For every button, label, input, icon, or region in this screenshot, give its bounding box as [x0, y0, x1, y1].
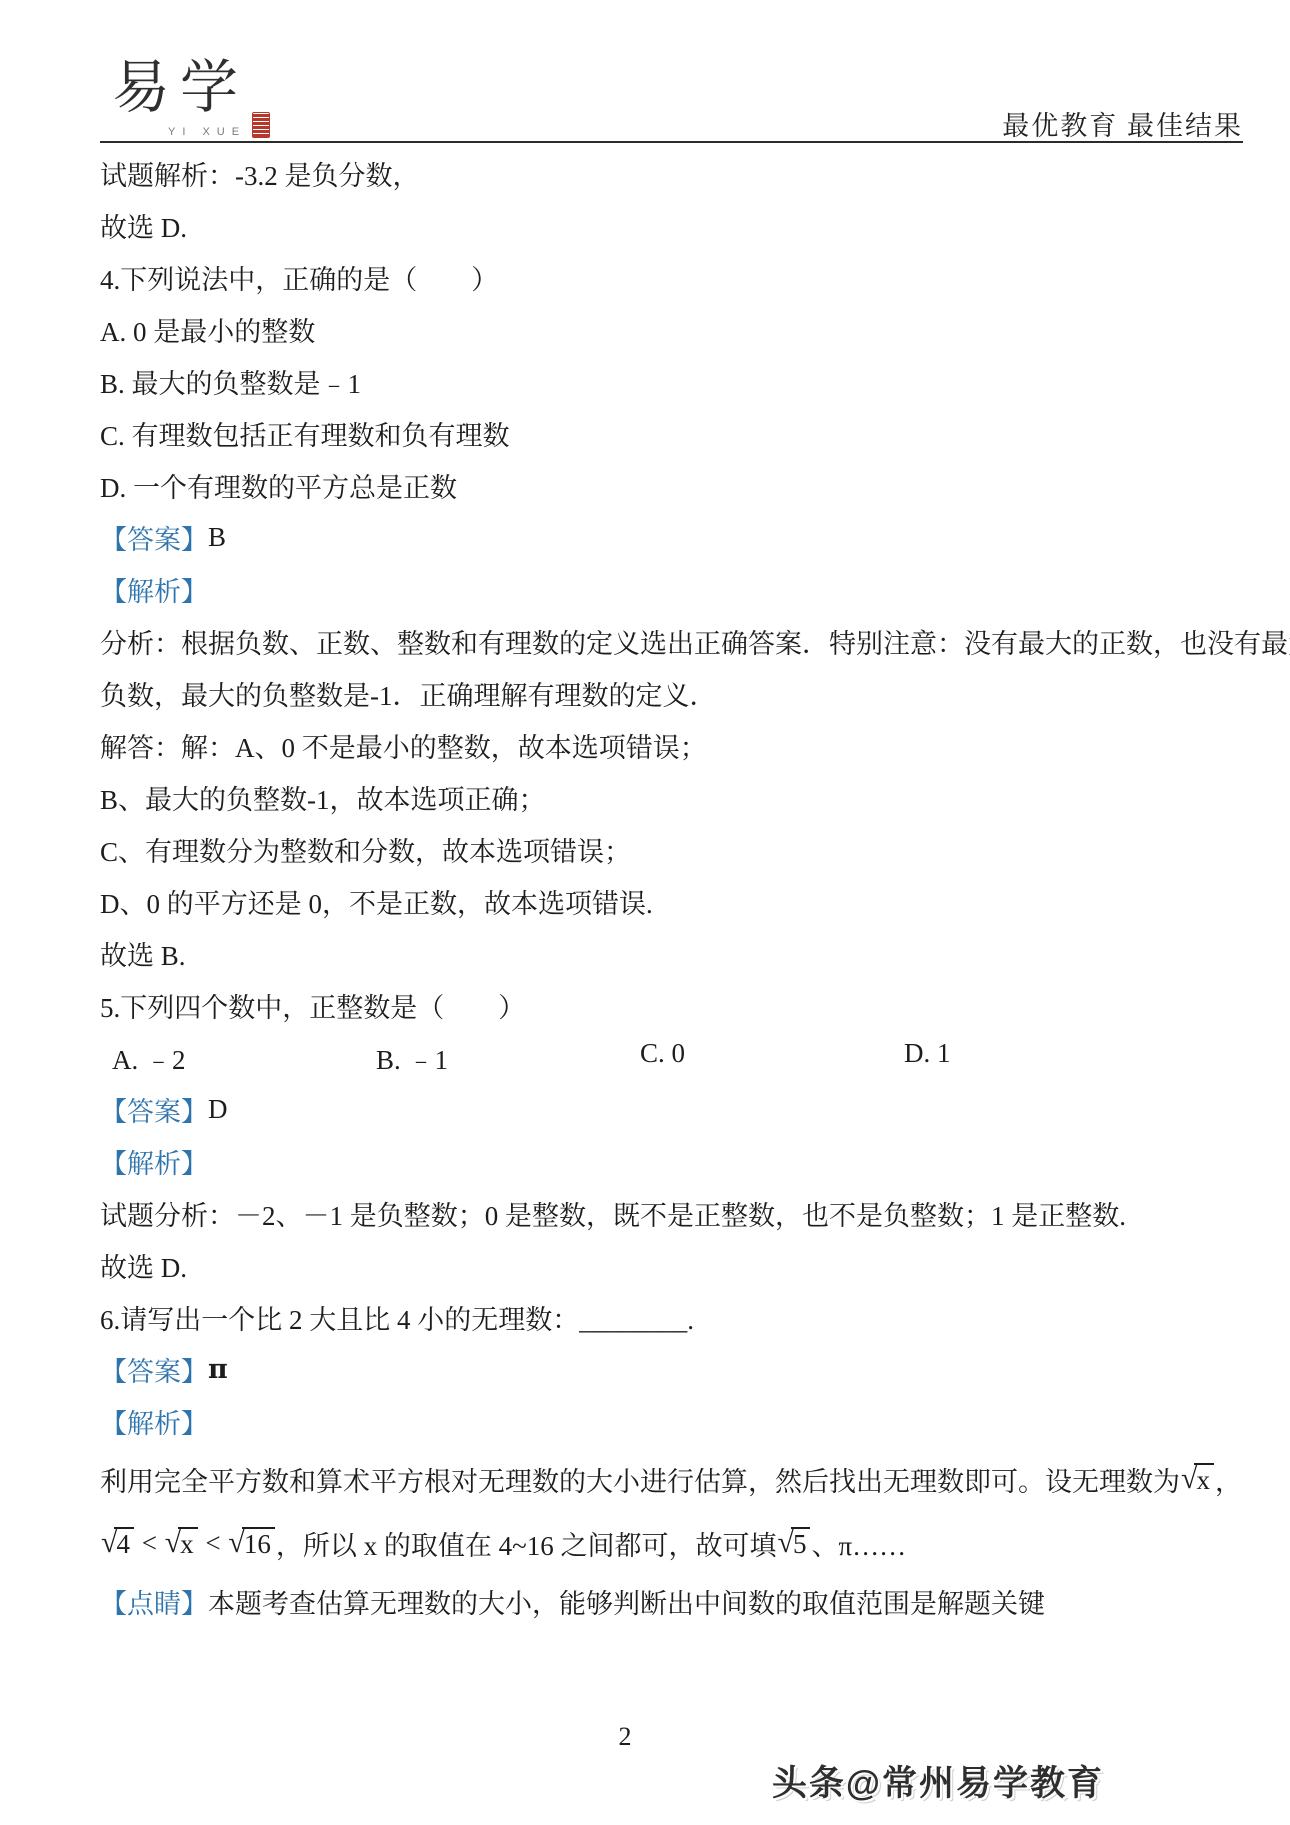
- radicand: 4: [114, 1527, 134, 1560]
- q4-solve-a: 解答：解：A、0 不是最小的整数，故本选项错误；: [100, 719, 1200, 771]
- q5-analysis-text: 试题分析：－2、－1 是负整数；0 是整数，既不是正整数，也不是负整数；1 是正…: [100, 1187, 1200, 1239]
- q5-answer-line: 【答案】 D: [100, 1083, 1200, 1135]
- answer-label: 【答案】: [100, 1350, 208, 1389]
- q5-option-a: A. ﹣2: [112, 1038, 376, 1077]
- key-point-text: 本题考查估算无理数的大小，能够判断出中间数的取值范围是解题关键: [208, 1582, 1045, 1621]
- math-prefix-text: 利用完全平方数和算术平方根对无理数的大小进行估算，然后找出无理数即可。设无理数为: [100, 1460, 1180, 1499]
- sqrt-5-radical: √5: [777, 1527, 810, 1560]
- less-than-text: <: [199, 1528, 228, 1559]
- q5-options-grid: A. ﹣2 B. ﹣1 C. 0 D. 1: [100, 1038, 1200, 1077]
- header-divider: [100, 141, 1243, 143]
- document-body: 试题解析：-3.2 是负分数， 故选 D. 4.下列说法中，正确的是（ ） A.…: [100, 147, 1200, 1627]
- less-than-text: <: [135, 1528, 164, 1559]
- math-suffix-text: ，: [1215, 1460, 1242, 1499]
- q6-answer-line: 【答案】 π: [100, 1343, 1200, 1395]
- q4-solve-b: B、最大的负整数-1，故本选项正确；: [100, 771, 1200, 823]
- q6-analysis-text-2: √4 < √x < √16 ，所以 x 的取值在 4~16 之间都可，故可填 √…: [100, 1511, 1200, 1575]
- q4-option-b: B. 最大的负整数是﹣1: [100, 355, 1200, 407]
- q4-option-a: A. 0 是最小的整数: [100, 303, 1200, 355]
- key-point-label: 【点睛】: [100, 1582, 208, 1621]
- q5-option-c: C. 0: [640, 1038, 904, 1077]
- q4-analysis-text-2: 负数，最大的负整数是-1．正确理解有理数的定义．: [100, 667, 1200, 719]
- q4-solve-c: C、有理数分为整数和分数，故本选项错误；: [100, 823, 1200, 875]
- analysis-label: 【解析】: [100, 1142, 208, 1181]
- header-slogan: 最优教育 最佳结果: [1002, 104, 1243, 143]
- answer-label: 【答案】: [100, 1090, 208, 1129]
- radicand: 16: [242, 1527, 275, 1560]
- sqrt-x-radical: √x: [1181, 1463, 1214, 1496]
- q4-solve-d: D、0 的平方还是 0，不是正数，故本选项错误.: [100, 875, 1200, 927]
- logo-pinyin: YI XUE: [168, 126, 246, 138]
- answer-label: 【答案】: [100, 518, 208, 557]
- math-tail-text: 、π……: [811, 1524, 906, 1563]
- question-4-title: 4.下列说法中，正确的是（ ）: [100, 251, 1200, 303]
- q4-final-choice: 故选 B.: [100, 927, 1200, 979]
- document-page: 易学 YI XUE 最优教育 最佳结果 试题解析：-3.2 是负分数， 故选 D…: [0, 0, 1290, 1825]
- sqrt-4-radical: √4: [101, 1527, 134, 1560]
- radicand: x: [178, 1527, 198, 1560]
- answer-value: π: [208, 1354, 228, 1385]
- question-5-title: 5.下列四个数中，正整数是（ ）: [100, 979, 1200, 1031]
- q6-analysis-label-line: 【解析】: [100, 1395, 1200, 1447]
- question-6-title: 6.请写出一个比 2 大且比 4 小的无理数：________.: [100, 1291, 1200, 1343]
- q5-option-b: B. ﹣1: [376, 1038, 640, 1077]
- solution-text: 试题解析：-3.2 是负分数，: [100, 147, 1200, 199]
- q4-answer-line: 【答案】 B: [100, 511, 1200, 563]
- q4-option-c: C. 有理数包括正有理数和负有理数: [100, 407, 1200, 459]
- sqrt-x-radical: √x: [165, 1527, 198, 1560]
- q6-analysis-text-1: 利用完全平方数和算术平方根对无理数的大小进行估算，然后找出无理数即可。设无理数为…: [100, 1447, 1200, 1511]
- q5-option-d: D. 1: [904, 1038, 1200, 1077]
- q4-analysis-text-1: 分析：根据负数、正数、整数和有理数的定义选出正确答案．特别注意：没有最大的正数，…: [100, 615, 1200, 667]
- analysis-label: 【解析】: [100, 570, 208, 609]
- q4-analysis-label-line: 【解析】: [100, 563, 1200, 615]
- answer-choice-text: 故选 D.: [100, 199, 1200, 251]
- sqrt-16-radical: √16: [228, 1527, 274, 1560]
- radicand: 5: [791, 1527, 811, 1560]
- school-logo: 易学 YI XUE: [112, 56, 270, 138]
- analysis-label: 【解析】: [100, 1402, 208, 1441]
- key-point-line: 【点睛】 本题考查估算无理数的大小，能够判断出中间数的取值范围是解题关键: [100, 1575, 1200, 1627]
- q5-analysis-label-line: 【解析】: [100, 1135, 1200, 1187]
- radicand: x: [1194, 1463, 1214, 1496]
- answer-value: B: [208, 522, 226, 553]
- watermark-text: 头条@常州易学教育: [772, 1756, 1104, 1806]
- red-seal-stamp-icon: [252, 112, 270, 138]
- answer-value: D: [208, 1094, 228, 1125]
- math-mid-text: ，所以 x 的取值在 4~16 之间都可，故可填: [276, 1524, 777, 1563]
- logo-text: 易学: [112, 56, 270, 120]
- q4-option-d: D. 一个有理数的平方总是正数: [100, 459, 1200, 511]
- q5-final-choice: 故选 D.: [100, 1239, 1200, 1291]
- page-number: 2: [0, 1722, 1250, 1752]
- q5-options-row: A. ﹣2 B. ﹣1 C. 0 D. 1: [100, 1031, 1200, 1083]
